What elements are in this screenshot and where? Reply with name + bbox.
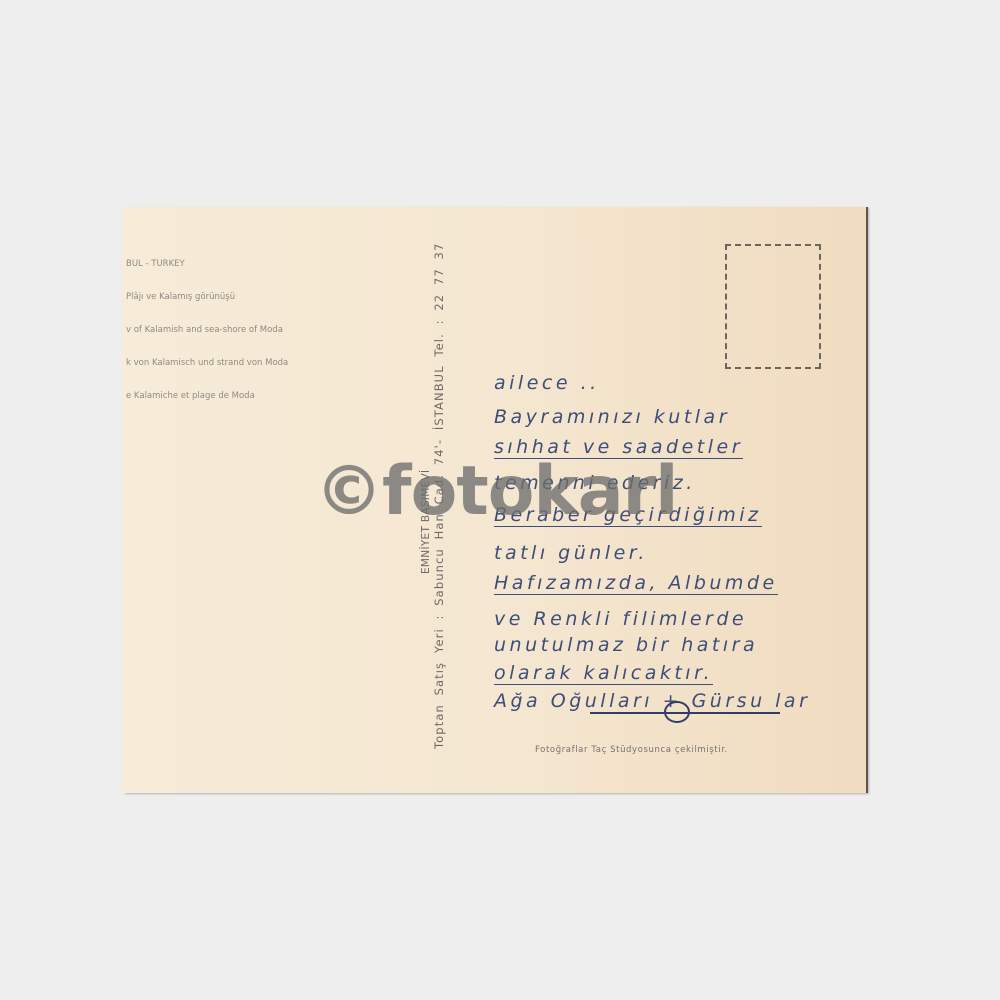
- message-line: ve Renkli filimlerde: [494, 608, 747, 630]
- message-line: tatlı günler.: [494, 542, 648, 564]
- stamp-placeholder-box: [725, 244, 821, 369]
- message-line: Bayramınızı kutlar: [494, 406, 730, 428]
- caption-line: Plâjı ve Kalamış görünüşü: [126, 292, 288, 303]
- message-line: Hafızamızda, Albumde: [494, 572, 778, 595]
- message-line: Ağa Oğulları + Gürsu lar: [494, 690, 810, 712]
- caption-line: BUL - TURKEY: [126, 259, 288, 270]
- postcard-caption: BUL - TURKEY Plâjı ve Kalamış görünüşü v…: [126, 237, 288, 424]
- caption-line: k von Kalamisch und strand von Moda: [126, 358, 288, 369]
- message-line: unutulmaz bir hatıra: [494, 634, 758, 656]
- watermark: ©fotokarl: [315, 452, 677, 531]
- message-line: ailece ..: [494, 372, 600, 394]
- signature-flourish: [664, 701, 690, 723]
- message-line: olarak kalıcaktır.: [494, 662, 713, 685]
- photo-credit: Fotoğraflar Taç Stüdyosunca çekilmiştir.: [535, 745, 728, 755]
- caption-line: v of Kalamish and sea-shore of Moda: [126, 325, 288, 336]
- caption-line: e Kalamiche et plage de Moda: [126, 391, 288, 402]
